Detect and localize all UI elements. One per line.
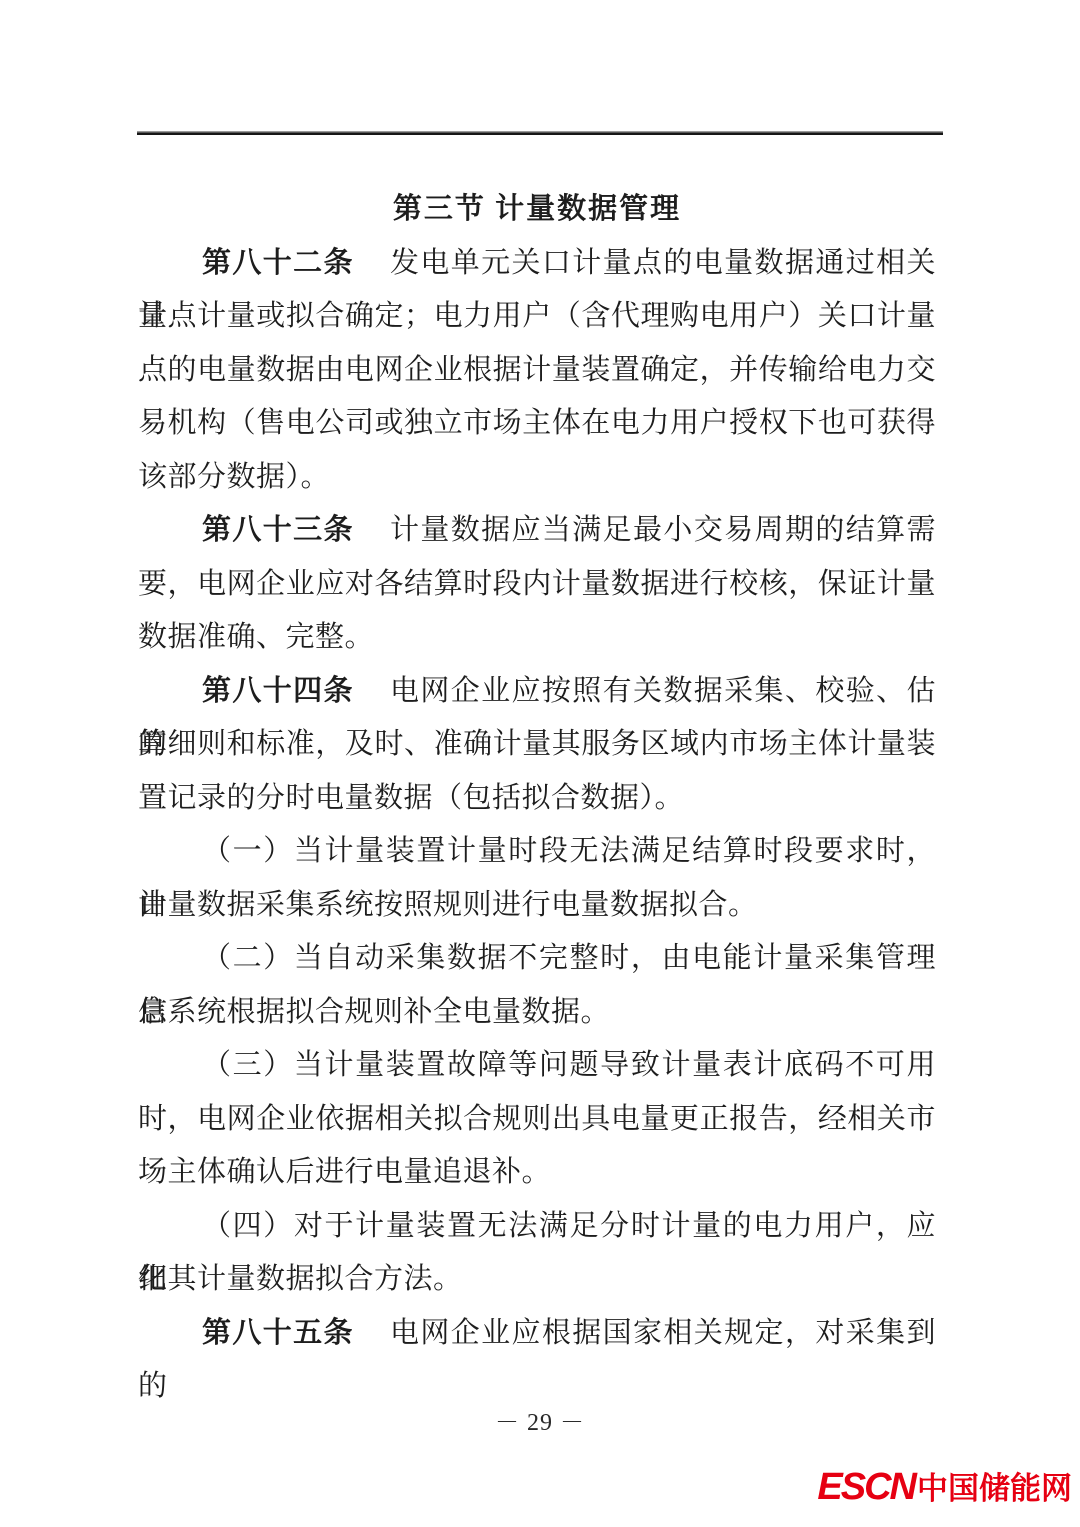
document-page: 第三节 计量数据管理第八十二条发电单元关口计量点的电量数据通过相关计量点计量或拟… — [0, 0, 1080, 1527]
article-number: 第八十五条 — [202, 1317, 354, 1349]
line-text: 时，电网企业依据相关拟合规则出具电量更正报告，经相关市 — [138, 1103, 936, 1135]
line-text: 要，电网企业应对各结算时段内计量数据进行校核，保证计量 — [138, 568, 936, 600]
line-text: 的细则和标准，及时、准确计量其服务区域内市场主体计量装 — [138, 728, 936, 760]
document-line: 点的电量数据由电网企业根据计量装置确定，并传输给电力交 — [138, 344, 936, 398]
document-line: （四）对于计量装置无法满足分时计量的电力用户，应细 — [138, 1200, 936, 1254]
document-line: 第八十三条计量数据应当满足最小交易周期的结算需 — [138, 504, 936, 558]
line-text: 化其计量数据拟合方法。 — [138, 1263, 463, 1295]
line-text: 场主体确认后进行电量追退补。 — [138, 1156, 551, 1188]
line-text: 量点计量或拟合确定；电力用户（含代理购电用户）关口计量 — [138, 300, 936, 332]
document-line: 第八十四条电网企业应按照有关数据采集、校验、估算 — [138, 665, 936, 719]
document-line: （三）当计量装置故障等问题导致计量表计底码不可用 — [138, 1039, 936, 1093]
article-number: 第八十二条 — [202, 247, 354, 279]
line-text: 该部分数据）。 — [138, 461, 330, 493]
section-heading: 第三节 计量数据管理 — [138, 183, 936, 237]
document-line: （二）当自动采集数据不完整时，由电能计量采集管理信 — [138, 932, 936, 986]
header-rule — [137, 131, 943, 135]
document-line: 第八十二条发电单元关口计量点的电量数据通过相关计 — [138, 237, 936, 291]
document-line: 息系统根据拟合规则补全电量数据。 — [138, 986, 936, 1040]
document-line: 量点计量或拟合确定；电力用户（含代理购电用户）关口计量 — [138, 290, 936, 344]
line-text: （三）当计量装置故障等问题导致计量表计底码不可用 — [202, 1049, 936, 1081]
document-line: 要，电网企业应对各结算时段内计量数据进行校核，保证计量 — [138, 558, 936, 612]
line-text: 计量数据应当满足最小交易周期的结算需 — [390, 514, 936, 546]
line-text: 息系统根据拟合规则补全电量数据。 — [138, 996, 610, 1028]
line-text: 计量数据采集系统按照规则进行电量数据拟合。 — [138, 889, 758, 921]
page-number: － 29 － — [0, 1402, 1080, 1437]
line-text: 点的电量数据由电网企业根据计量装置确定，并传输给电力交 — [138, 354, 936, 386]
document-line: 的细则和标准，及时、准确计量其服务区域内市场主体计量装 — [138, 718, 936, 772]
document-line: 易机构（售电公司或独立市场主体在电力用户授权下也可获得 — [138, 397, 936, 451]
document-line: 计量数据采集系统按照规则进行电量数据拟合。 — [138, 879, 936, 933]
document-line: （一）当计量装置计量时段无法满足结算时段要求时，由 — [138, 825, 936, 879]
line-text: 置记录的分时电量数据（包括拟合数据）。 — [138, 782, 684, 814]
article-number: 第八十四条 — [202, 675, 354, 707]
escn-logo: ESCN 中国储能网 — [817, 1468, 1072, 1506]
document-line: 场主体确认后进行电量追退补。 — [138, 1146, 936, 1200]
document-body: 第三节 计量数据管理第八十二条发电单元关口计量点的电量数据通过相关计量点计量或拟… — [138, 183, 936, 1360]
document-line: 数据准确、完整。 — [138, 611, 936, 665]
line-text: 易机构（售电公司或独立市场主体在电力用户授权下也可获得 — [138, 407, 936, 439]
document-line: 该部分数据）。 — [138, 451, 936, 505]
document-line: 化其计量数据拟合方法。 — [138, 1253, 936, 1307]
document-line: 第八十五条电网企业应根据国家相关规定，对采集到的 — [138, 1307, 936, 1361]
document-line: 置记录的分时电量数据（包括拟合数据）。 — [138, 772, 936, 826]
document-line: 时，电网企业依据相关拟合规则出具电量更正报告，经相关市 — [138, 1093, 936, 1147]
escn-logo-cjk: 中国储能网 — [917, 1473, 1072, 1504]
line-text: 第三节 计量数据管理 — [393, 193, 681, 225]
escn-logo-latin: ESCN — [817, 1468, 915, 1506]
article-number: 第八十三条 — [202, 514, 354, 546]
line-text: 数据准确、完整。 — [138, 621, 374, 653]
